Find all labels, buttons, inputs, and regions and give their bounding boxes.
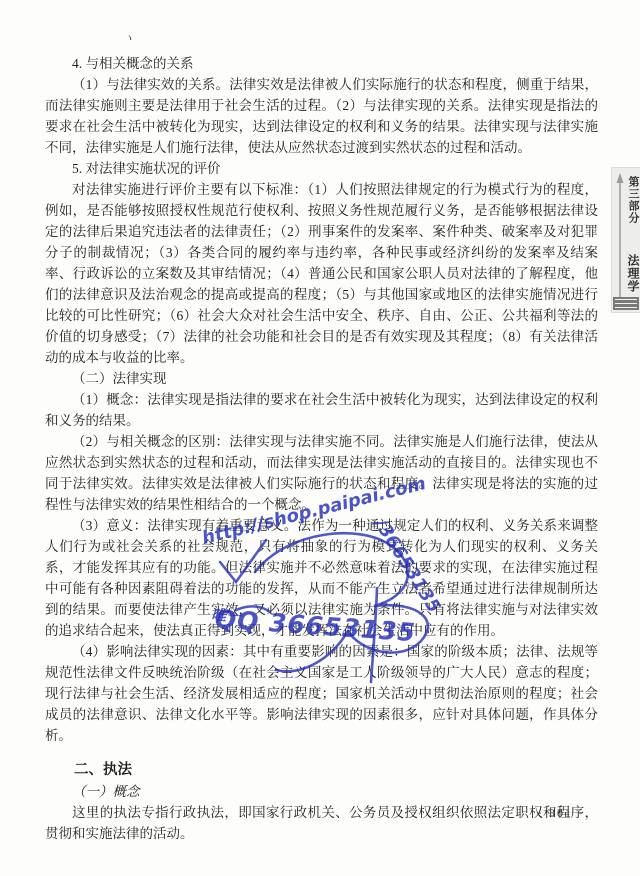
paragraph: 这里的执法专指行政执法，即国家行政机关、公务员及授权组织依照法定职权和程序，贯彻…: [45, 802, 598, 844]
chapter-tab: 第三部分 法理学: [611, 167, 640, 313]
paragraph: 4. 与相关概念的关系: [45, 53, 598, 74]
paragraph: （1）概念：法律实现是指法律的要求在社会生活中被转化为现实，达到法律设定的权利和…: [45, 389, 598, 431]
paragraph: （1）与法律实效的关系。法律实效是法律被人们实际施行的状态和程度，侧重于结果，而…: [45, 74, 598, 158]
paragraph: （2）与相关概念的区别：法律实现与法律实施不同。法律实施是人们施行法律，使法从应…: [45, 431, 598, 515]
paragraph: 5. 对法律实施状况的评价: [45, 158, 598, 179]
paragraph: 二、执法: [45, 760, 598, 781]
paragraph: （4）影响法律实现的因素：其中有重要影响的因素是：国家的阶级本质；法律、法规等规…: [45, 641, 598, 746]
chapter-tab-text: 第三部分 法理学: [624, 176, 640, 293]
paragraph: 对法律实施进行评价主要有以下标准：（1）人们按照法律规定的行为模式行为的程度，例…: [45, 179, 598, 368]
paragraph: （3）意义：法律实现有着重要意义。法作为一种通过规定人们的权利、义务关系来调整人…: [45, 515, 598, 641]
page-text: 4. 与相关概念的关系（1）与法律实效的关系。法律实效是法律被人们实际施行的状态…: [45, 53, 598, 844]
chapter-part-label: 第三部分: [627, 176, 639, 224]
paragraph: （一）概念: [45, 781, 598, 802]
pen-mark: 丶: [122, 29, 137, 48]
paragraph: （二）法律实现: [45, 368, 598, 389]
page-number: · 301 ·: [538, 806, 584, 821]
chapter-subject-label: 法理学: [626, 254, 640, 293]
tab-badge: [613, 297, 639, 310]
